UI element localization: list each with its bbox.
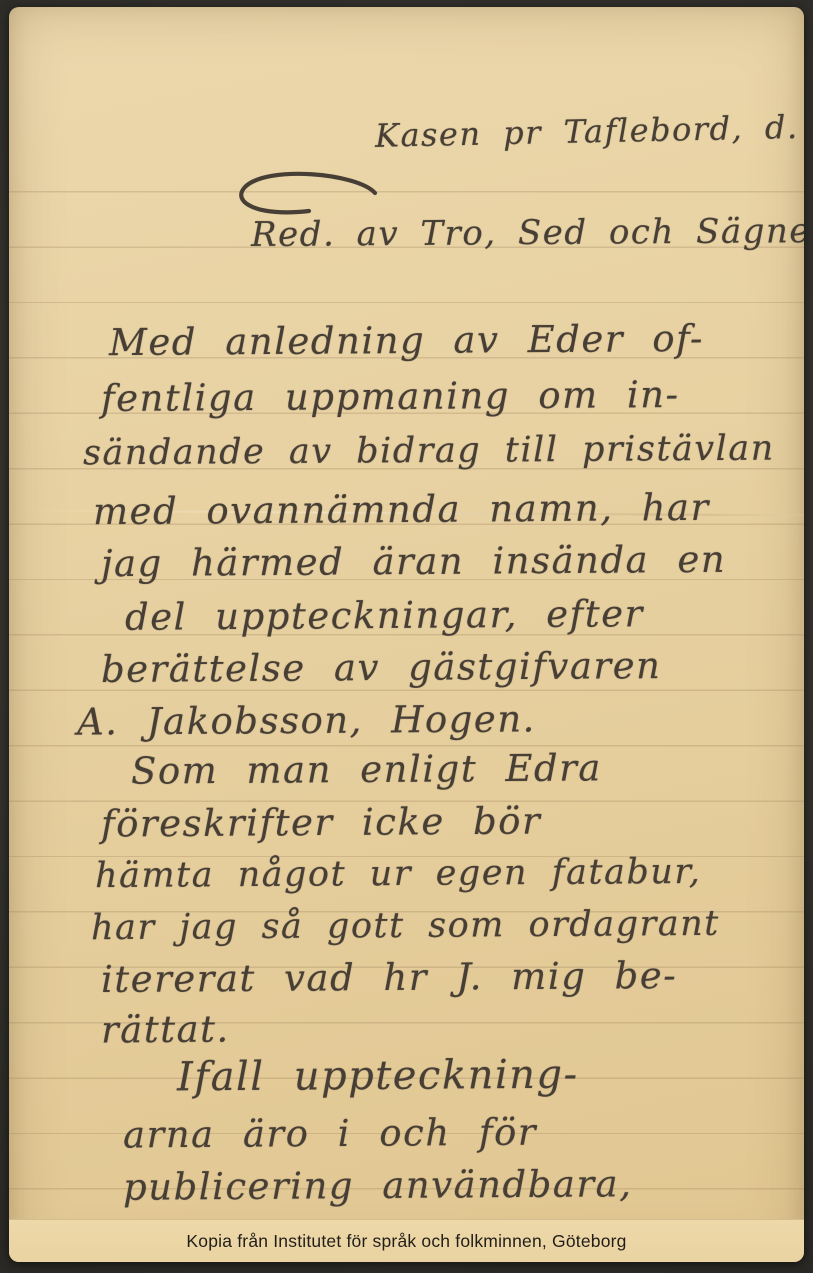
handwritten-line: A. Jakobsson, Hogen. <box>77 697 536 743</box>
handwritten-line: fentliga uppmaning om in- <box>101 373 680 420</box>
handwritten-line: jag härmed äran insända en <box>101 538 726 585</box>
letter-salutation: Red. av Tro, Sed och Sägner. <box>251 211 804 255</box>
handwritten-line: del uppteckningar, efter <box>125 592 644 639</box>
handwritten-line: Ifall uppteckning- <box>177 1052 579 1101</box>
handwritten-line: berättelse av gästgifvaren <box>101 644 662 691</box>
handwritten-line: hämta något ur egen fatabur, <box>95 852 702 896</box>
handwritten-line: med ovannämnda namn, har <box>93 486 710 533</box>
handwritten-line: rättat. <box>101 1008 230 1052</box>
letter-dateline: Kasen pr Taflebord, d. 2/3-22 <box>375 105 804 155</box>
archive-caption-band: Kopia från Institutet för språk och folk… <box>9 1219 804 1262</box>
scanned-letter-view: { "scan": { "background_color": "#31302b… <box>0 0 813 1273</box>
handwritten-line: arna äro i och för <box>123 1111 537 1157</box>
handwritten-line: har jag så gott som ordagrant <box>91 904 720 948</box>
handwritten-line: publicering användbara, <box>123 1162 633 1209</box>
handwritten-line: itererat vad hr J. mig be- <box>101 954 677 1001</box>
handwritten-line: föreskrifter icke bör <box>101 799 541 845</box>
archive-caption: Kopia från Institutet för språk och folk… <box>186 1231 626 1252</box>
handwritten-line: Som man enligt Edra <box>131 746 602 792</box>
letter-page: Kasen pr Taflebord, d. 2/3-22 Red. av Tr… <box>9 7 804 1262</box>
handwritten-line: sändande av bidrag till pristävlan <box>83 429 775 474</box>
handwritten-line: Med anledning av Eder of- <box>109 317 704 364</box>
